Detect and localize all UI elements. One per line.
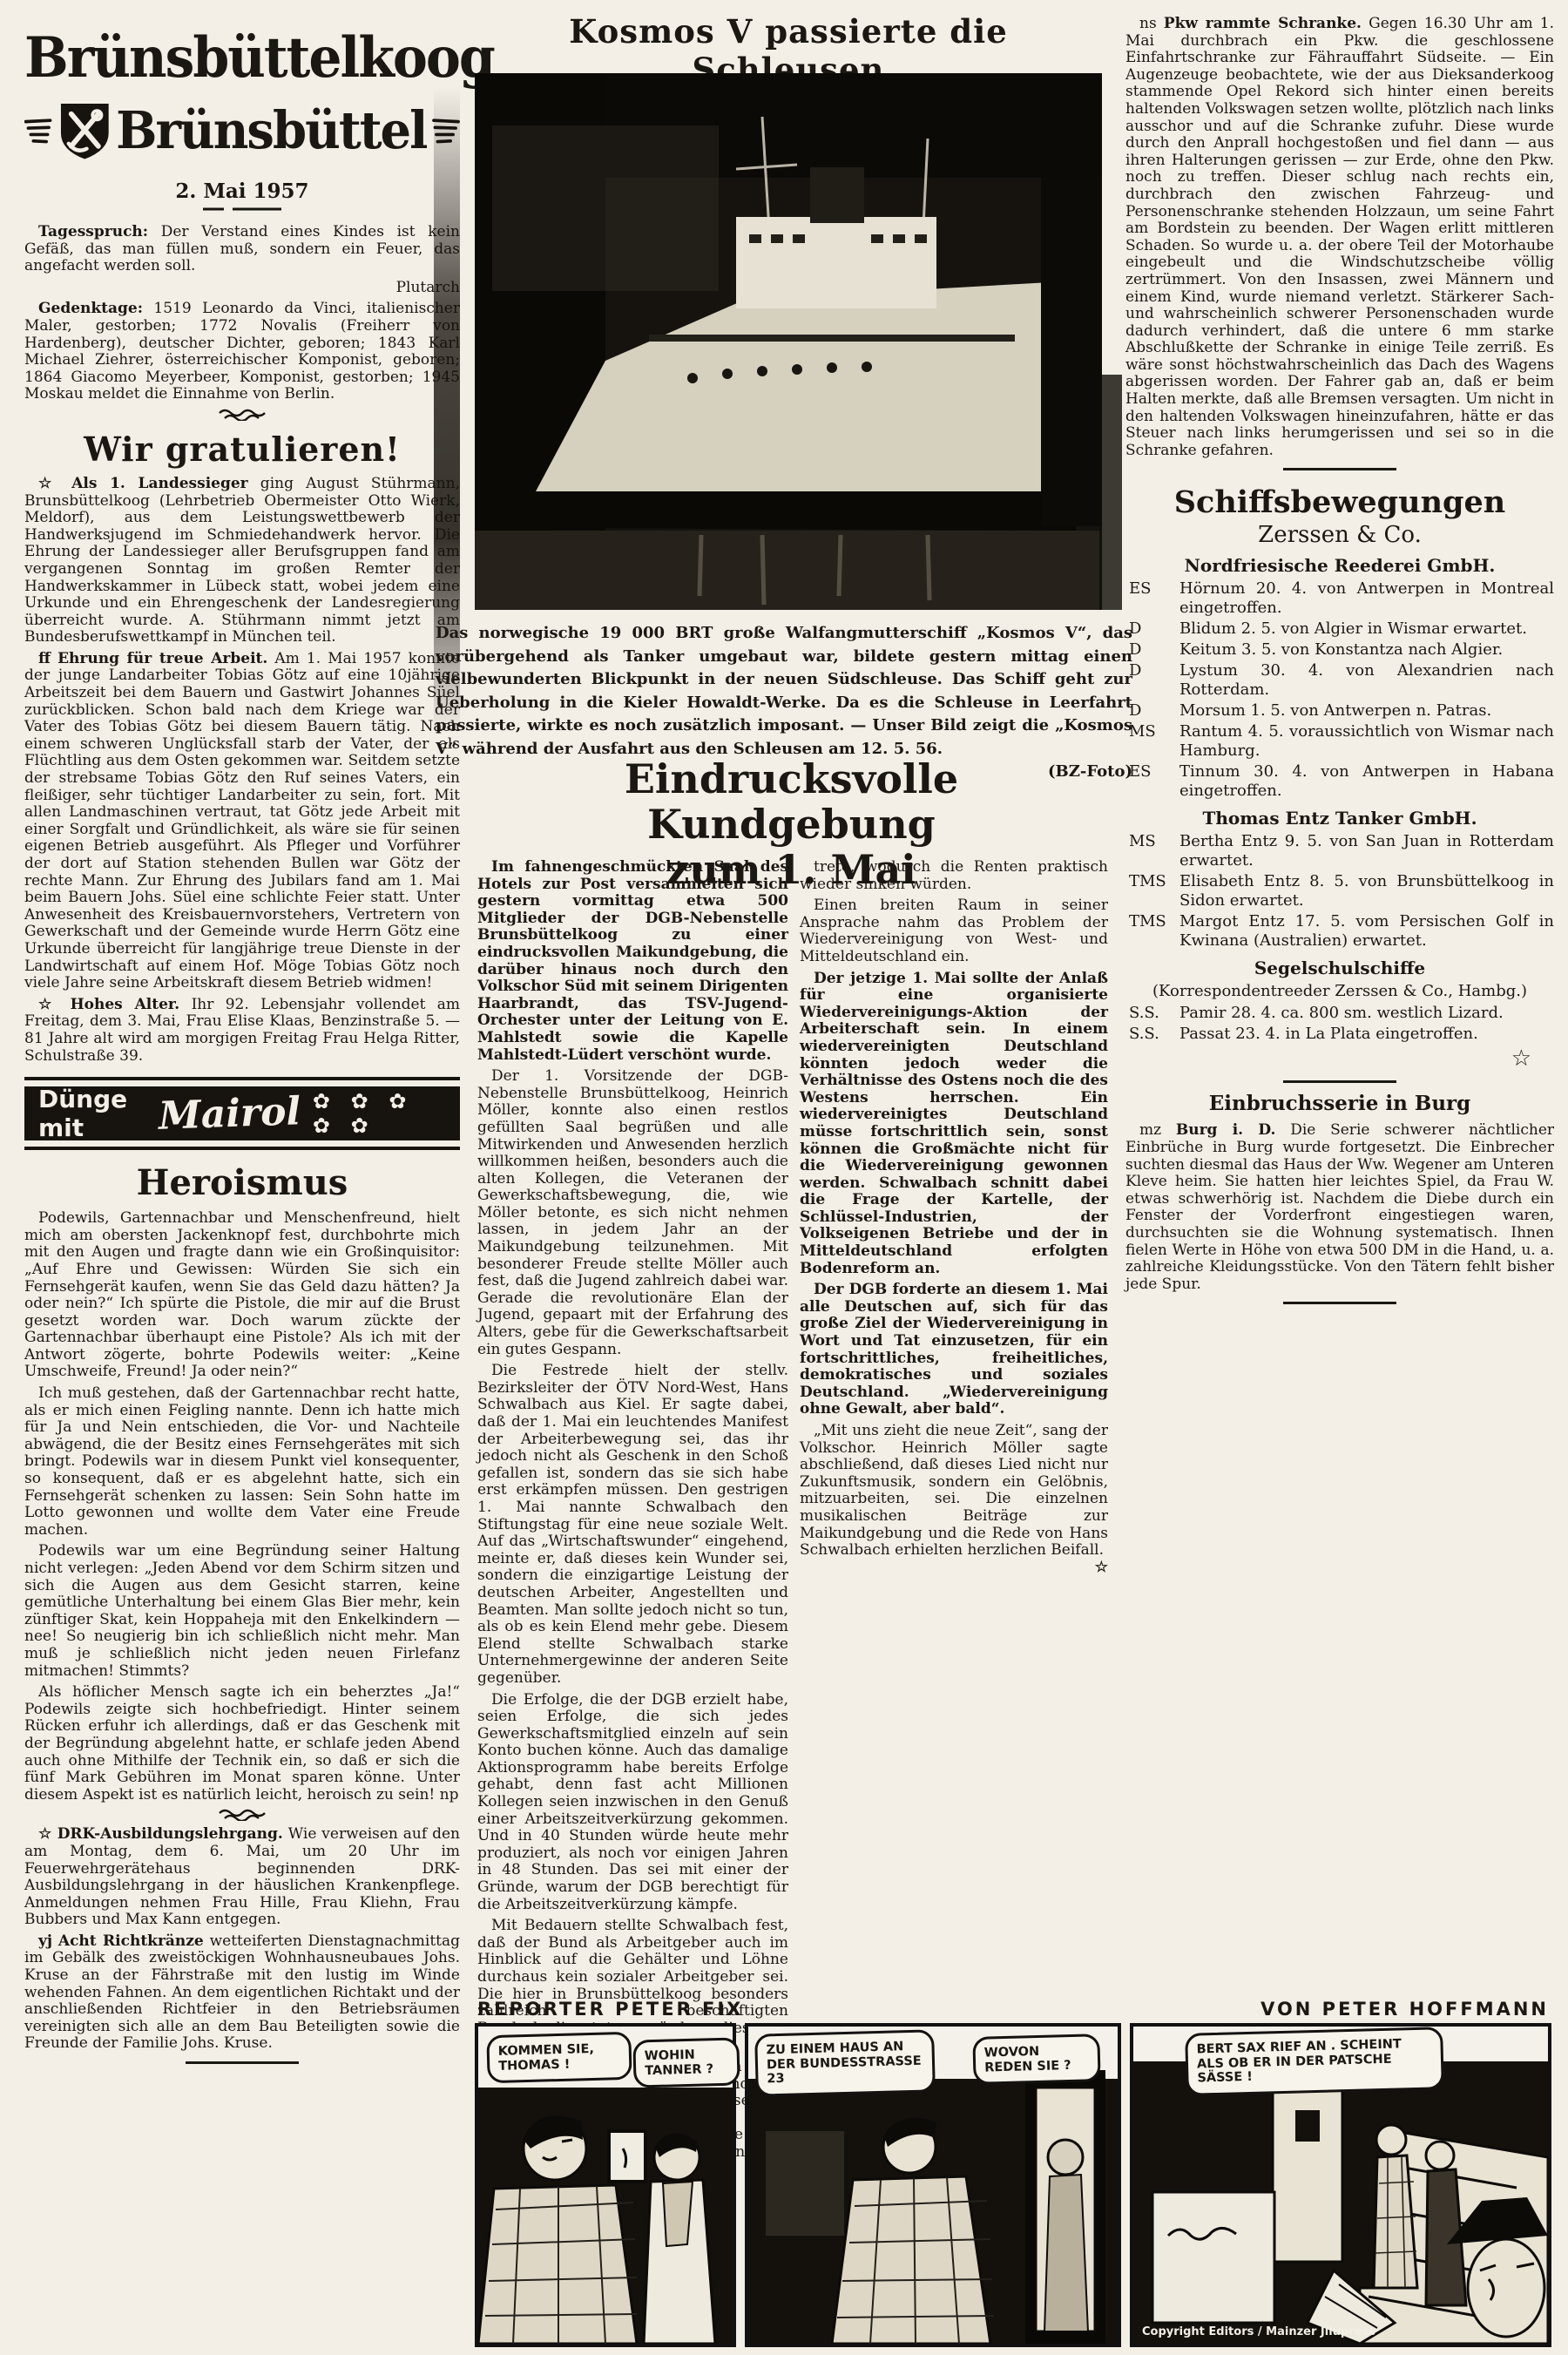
newspaper-page: Brünsbüttelkoog Brünsbüttel: [0, 0, 1568, 2355]
divider-rule: [1283, 1302, 1396, 1304]
crest-anchor-icon: [58, 91, 112, 171]
tagesspruch: Tagesspruch: Der Verstand eines Kindes i…: [24, 224, 460, 403]
end-rule: [186, 2061, 299, 2064]
mairol-ad: Dünge mit Mairol ✿ ✿ ✿ ✿ ✿: [24, 1077, 460, 1150]
speech-bubble: BERT SAX RIEF AN . SCHEINT ALS OB ER IN …: [1185, 2027, 1444, 2095]
star-marker-icon: ☆: [38, 996, 58, 1013]
speech-bubble: WOVON REDEN SIE ?: [972, 2034, 1100, 2085]
speech-bubble: ZU EINEM HAUS AN DER BUNDESSTRASSE 23: [754, 2029, 936, 2096]
star-marker-icon: ☆: [38, 475, 59, 492]
paragraph: Ich muß gestehen, daß der Gartennachbar …: [24, 1385, 460, 1539]
comic-panel-3: BERT SAX RIEF AN . SCHEINT ALS OB ER IN …: [1130, 2023, 1551, 2347]
paragraph: Der DGB forderte an diesem 1. Mai alle D…: [800, 1282, 1108, 1418]
star-end-icon: ☆: [1081, 1560, 1108, 1577]
squiggle-divider: [218, 1809, 267, 1821]
section-title-gratulieren: Wir gratulieren!: [24, 430, 460, 469]
speech-bubble: WOHIN TANNER ?: [632, 2037, 740, 2088]
pkw-article: ns Pkw rammte Schranke. Gegen 16.30 Uhr …: [1125, 16, 1554, 459]
heroismus-article: Podewils, Gartennachbar und Menschenfreu…: [24, 1210, 460, 1803]
masthead-row: Brünsbüttel: [24, 91, 460, 171]
comic-label-left: REPORTER PETER FIX: [477, 1999, 743, 2020]
ff-marker: ff: [38, 650, 51, 667]
gedenktage: Gedenktage: 1519 Leonardo da Vinci, ital…: [24, 301, 460, 403]
ship-entry: MSRantum 4. 5. voraussichtlich von Wisma…: [1125, 722, 1554, 761]
ship-entry: S.S.Passat 23. 4. in La Plata eingetroff…: [1125, 1025, 1554, 1044]
left-column: Brünsbüttelkoog Brünsbüttel: [24, 17, 460, 2073]
ad-rule-bottom: [24, 1147, 460, 1150]
ad-bar: Dünge mit Mairol ✿ ✿ ✿ ✿ ✿: [24, 1086, 460, 1140]
date-divider: [203, 206, 281, 212]
ship-entry: DBlidum 2. 5. von Algier in Wismar erwar…: [1125, 619, 1554, 639]
byline-marker: mz: [1139, 1121, 1176, 1139]
ship-entry: ESHörnum 20. 4. von Antwerpen in Montrea…: [1125, 579, 1554, 618]
section-title-heroismus: Heroismus: [24, 1162, 460, 1203]
local-notes: ☆ DRK-Ausbildungslehrgang. Wie verweisen…: [24, 1826, 460, 2053]
tagesspruch-label: Tagesspruch:: [38, 223, 148, 240]
tagesspruch-text: Tagesspruch: Der Verstand eines Kindes i…: [24, 224, 460, 275]
comic-copyright: Copyright Editors / Mainzer Jilupress: [1142, 2325, 1375, 2338]
comic-panel-2: ZU EINEM HAUS AN DER BUNDESSTRASSE 23 WO…: [745, 2023, 1121, 2347]
squiggle-divider: [218, 409, 267, 421]
scan-smudge: [1099, 375, 1122, 610]
article-column-2: trete, wodurch die Renten praktisch wied…: [800, 859, 1108, 1576]
paragraph: Im fahnengeschmückten Saal des Hotels zu…: [477, 859, 788, 1064]
ship-entry: TMSElisabeth Entz 8. 5. von Brunsbüttelk…: [1125, 872, 1554, 910]
paragraph: Als höflicher Mensch sagte ich ein beher…: [24, 1684, 460, 1803]
paragraph: Podewils, Gartennachbar und Menschenfreu…: [24, 1210, 460, 1381]
shipping-section-heading: Segelschulschiffe: [1125, 958, 1554, 978]
paragraph: trete, wodurch die Renten praktisch wied…: [800, 859, 1108, 893]
shipping-report: Schiffsbewegungen Zerssen & Co. Nordfrie…: [1125, 484, 1554, 1072]
speech-bubble: KOMMEN SIE, THOMAS !: [486, 2032, 632, 2083]
ship-entry: TMSMargot Entz 17. 5. vom Persischen Gol…: [1125, 912, 1554, 951]
ship-entry: S.S.Pamir 28. 4. ca. 800 sm. westlich Li…: [1125, 1004, 1554, 1023]
ad-prefix: Dünge mit: [38, 1085, 146, 1142]
paragraph: „Mit uns zieht die neue Zeit“, sang der …: [800, 1423, 1108, 1560]
divider-rule: [1283, 468, 1396, 470]
paragraph: Einen breiten Raum in seiner Ansprache n…: [800, 897, 1108, 965]
ad-brand: Mairol: [158, 1089, 301, 1139]
ship-photo-image: [475, 73, 1102, 610]
shipping-section-heading: Thomas Entz Tanker GmbH.: [1125, 808, 1554, 829]
ship-entry: ESTinnum 30. 4. von Antwerpen in Habana …: [1125, 762, 1554, 801]
flourish-left-icon: [24, 112, 53, 150]
news-item: ☆ DRK-Ausbildungslehrgang. Wie verweisen…: [24, 1826, 460, 1929]
shipping-title: Schiffsbewegungen: [1125, 484, 1554, 520]
news-item: yj Acht Richtkränze wetteiferten Diensta…: [24, 1933, 460, 2053]
shipping-subtitle: Zerssen & Co.: [1125, 522, 1554, 548]
paragraph: Podewils war um eine Begründung seiner H…: [24, 1543, 460, 1680]
ad-rule-top: [24, 1077, 460, 1080]
right-column: ns Pkw rammte Schranke. Gegen 16.30 Uhr …: [1125, 16, 1554, 1313]
tagesspruch-author: Plutarch: [24, 280, 460, 297]
flower-icons: ✿ ✿ ✿ ✿ ✿: [313, 1089, 446, 1138]
burg-article: Einbruchsserie in Burg mz Burg i. D. Die…: [1125, 1092, 1554, 1304]
ship-photo: [475, 73, 1102, 610]
divider-rule: [1283, 1080, 1396, 1083]
paragraph: Die Festrede hielt der stellv. Bezirksle…: [477, 1363, 788, 1687]
shipping-note: (Korrespondentreeder Zerssen & Co., Hamb…: [1125, 982, 1554, 1000]
masthead-title-1: Brünsbüttelkoog: [24, 26, 460, 91]
news-item: ☆ Als 1. Landessieger ging August Stührm…: [24, 476, 460, 646]
ship-entry: DMorsum 1. 5. von Antwerpen n. Patras.: [1125, 701, 1554, 721]
gedenktage-label: Gedenktage:: [38, 300, 143, 317]
continuation-marker: ns: [1139, 15, 1164, 32]
burg-headline: Einbruchsserie in Burg: [1125, 1092, 1554, 1115]
gratulieren-items: ☆ Als 1. Landessieger ging August Stührm…: [24, 476, 460, 1065]
masthead-title-2: Brünsbüttel: [116, 100, 426, 161]
yj-marker: yj: [38, 1932, 52, 1950]
shipping-section-heading: Nordfriesische Reederei GmbH.: [1125, 555, 1554, 576]
news-item: ☆ Hohes Alter. Ihr 92. Lebensjahr vollen…: [24, 997, 460, 1065]
paragraph: Die Erfolge, die der DGB erzielt habe, s…: [477, 1692, 788, 1914]
star-end-icon: ☆: [1125, 1046, 1554, 1072]
ship-entry: DKeitum 3. 5. von Konstantza nach Algier…: [1125, 640, 1554, 660]
news-item: ff Ehrung für treue Arbeit. Am 1. Mai 19…: [24, 651, 460, 992]
comic-label-right: VON PETER HOFFMANN: [1260, 1999, 1549, 2020]
article-column-1: Im fahnengeschmückten Saal des Hotels zu…: [477, 859, 788, 2166]
paragraph: Der 1. Vorsitzende der DGB-Nebenstelle B…: [477, 1068, 788, 1358]
ship-entry: MSBertha Entz 9. 5. von San Juan in Rott…: [1125, 832, 1554, 870]
issue-date: 2. Mai 1957: [24, 179, 460, 203]
paragraph: Der jetzige 1. Mai sollte der Anlaß für …: [800, 971, 1108, 1278]
star-marker-icon: ☆: [38, 1825, 52, 1843]
ship-entry: DLystum 30. 4. von Alexandrien nach Rott…: [1125, 661, 1554, 700]
comic-panel-1: KOMMEN SIE, THOMAS ! WOHIN TANNER ?: [475, 2023, 736, 2347]
